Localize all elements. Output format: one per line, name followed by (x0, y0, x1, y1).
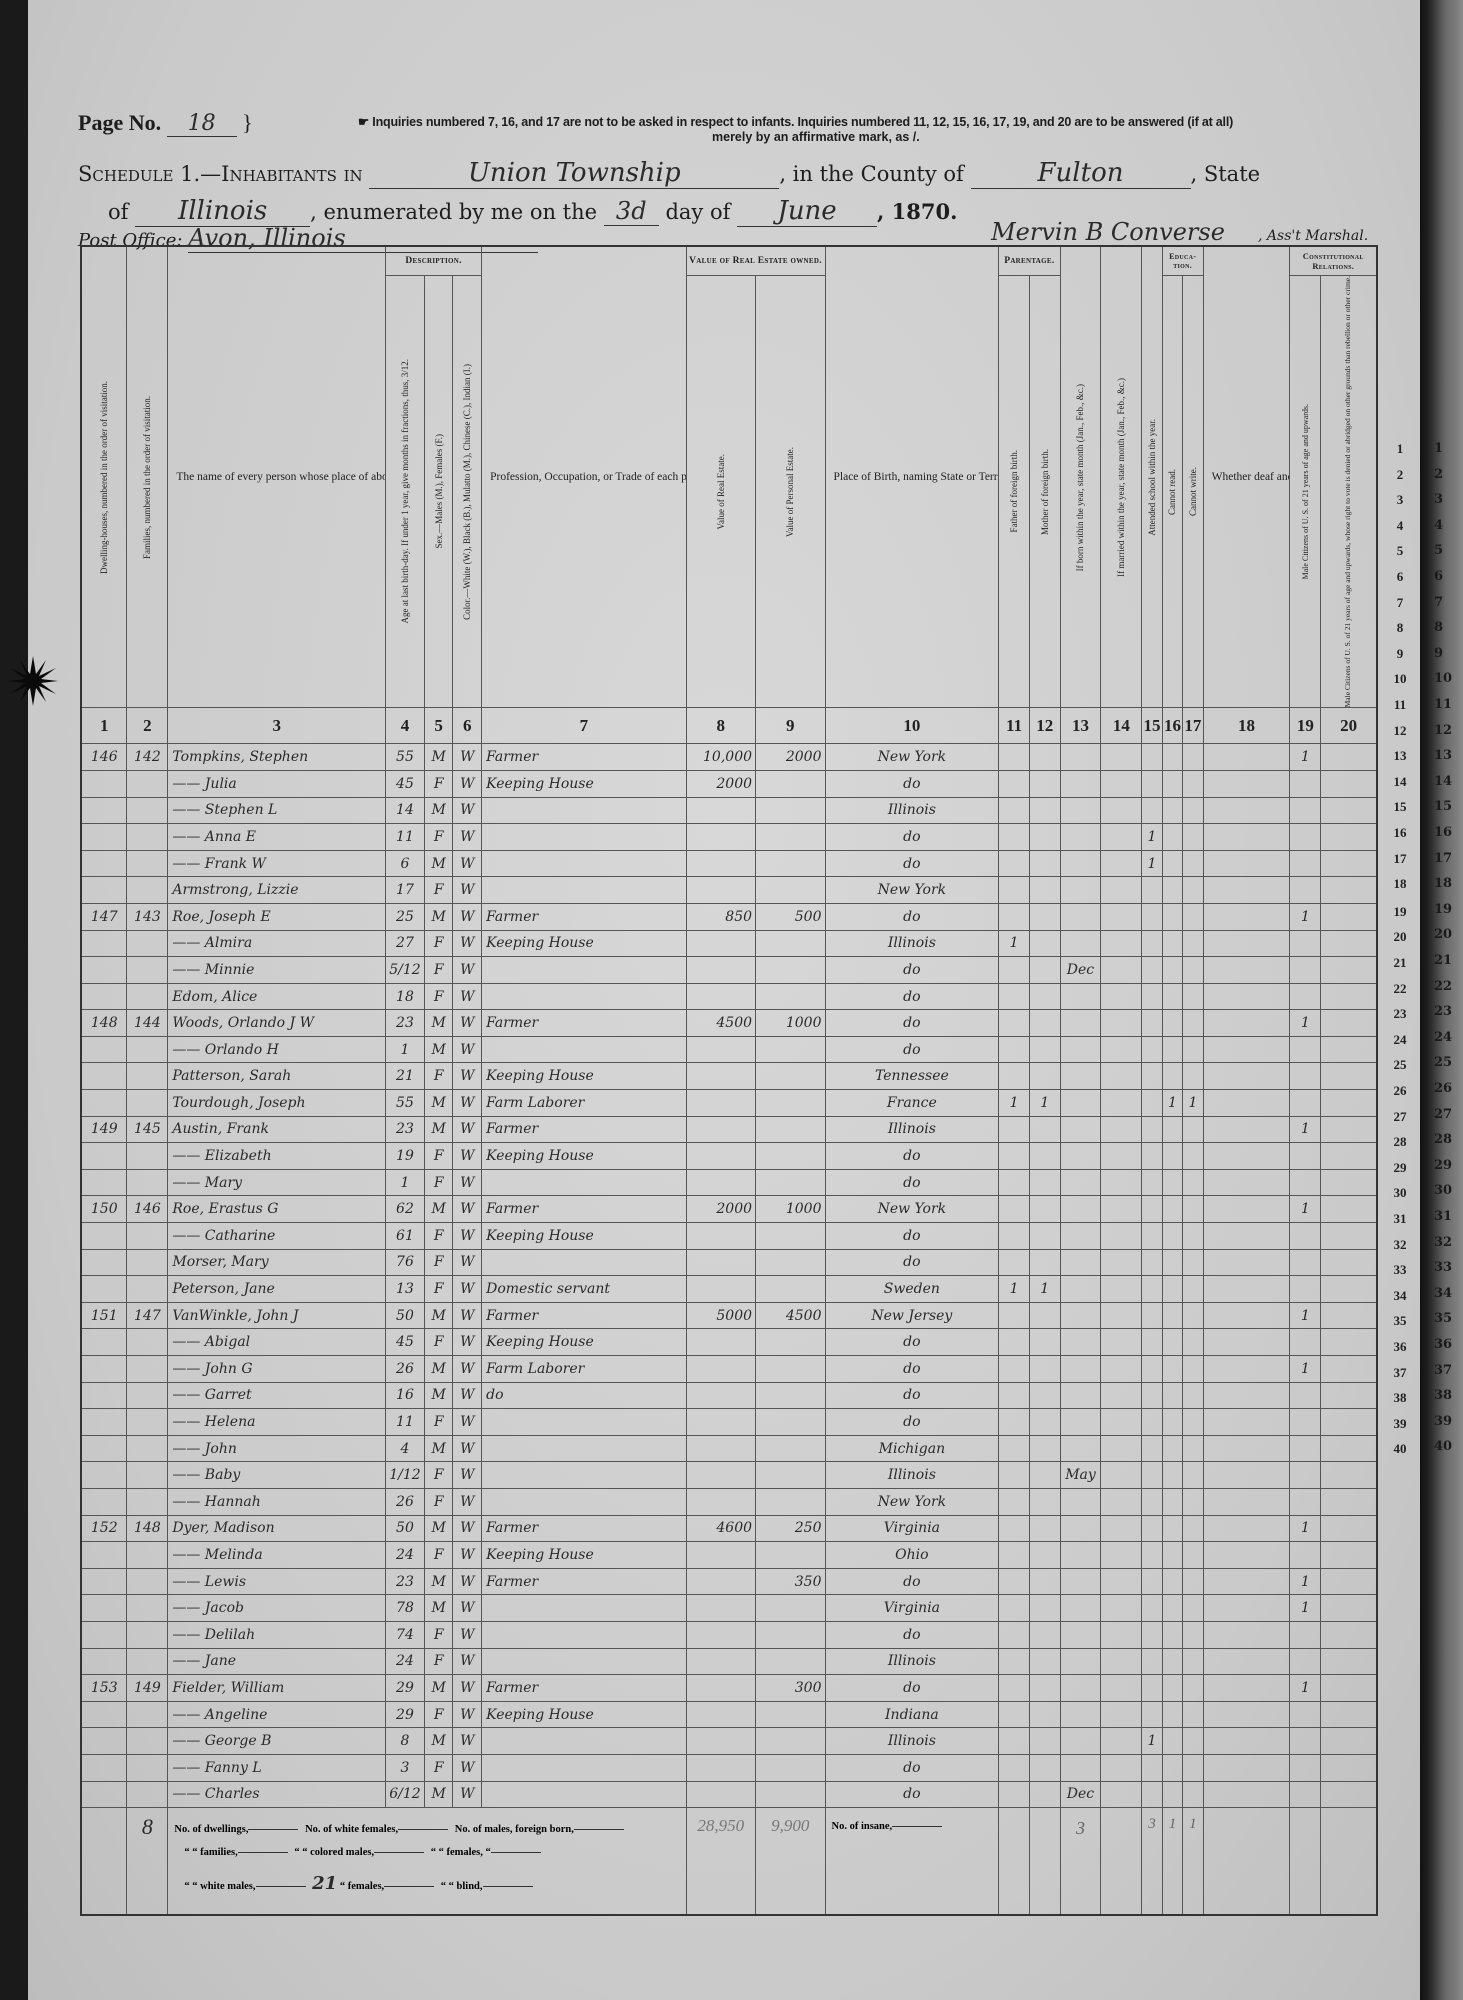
row-number: 2 (1380, 467, 1420, 483)
age: 24 (386, 1648, 425, 1675)
sex: F (424, 1063, 453, 1090)
adjacent-row-number: 16 (1434, 825, 1452, 840)
married-within-year (1101, 1063, 1142, 1090)
person-name: Tourdough, Joseph (168, 1090, 386, 1117)
sex: F (424, 1409, 453, 1436)
table-row: —— John4MWMichigan (81, 1435, 1377, 1462)
father-foreign (999, 1382, 1030, 1409)
real-estate-value (686, 1036, 755, 1063)
birthplace: do (825, 1754, 999, 1781)
cannot-write (1183, 1010, 1203, 1037)
person-name: —— John (168, 1435, 386, 1462)
col-occupation-header: Profession, Occupation, or Trade of each… (482, 246, 686, 708)
born-within-year (1060, 1701, 1101, 1728)
married-within-year (1101, 1542, 1142, 1569)
married-within-year (1101, 1196, 1142, 1223)
occupation: Keeping House (482, 1063, 686, 1090)
father-foreign (999, 1196, 1030, 1223)
column-number: 13 (1060, 708, 1101, 744)
occupation: Keeping House (482, 1223, 686, 1250)
cannot-write (1183, 1143, 1203, 1170)
color: W (453, 1302, 482, 1329)
mother-foreign: 1 (1029, 1276, 1060, 1303)
born-within-year (1060, 877, 1101, 904)
row-number: 13 (1380, 748, 1420, 764)
education-group-header: Educa-tion. (1162, 246, 1203, 276)
col-family-header: Families, numbered in the order of visit… (127, 246, 168, 708)
cannot-write (1183, 1568, 1203, 1595)
personal-estate-value (756, 1329, 825, 1356)
cannot-write (1183, 1435, 1203, 1462)
star-icon (8, 656, 58, 706)
disability (1203, 1728, 1290, 1755)
table-row: —— Jane24FWIllinois (81, 1648, 1377, 1675)
sex: F (424, 1754, 453, 1781)
sex: F (424, 1276, 453, 1303)
real-estate-value: 4500 (686, 1010, 755, 1037)
attended-school (1142, 1382, 1162, 1409)
dwelling-number (81, 1356, 127, 1383)
born-within-year (1060, 1276, 1101, 1303)
cannot-write (1183, 850, 1203, 877)
color: W (453, 1488, 482, 1515)
sex: M (424, 1435, 453, 1462)
dwelling-number (81, 1169, 127, 1196)
birthplace: do (825, 770, 999, 797)
born-within-year: Dec (1060, 1781, 1101, 1808)
disability (1203, 824, 1290, 851)
occupation (482, 1648, 686, 1675)
mother-foreign (1029, 1648, 1060, 1675)
disability (1203, 903, 1290, 930)
father-foreign (999, 1515, 1030, 1542)
family-number (127, 1063, 168, 1090)
father-foreign (999, 1356, 1030, 1383)
col-age-header: Age at last birth-day. If under 1 year, … (386, 276, 425, 708)
sex: F (424, 1701, 453, 1728)
instructions-note-2: merely by an affirmative mark, as /. (712, 130, 920, 144)
sex: F (424, 1223, 453, 1250)
real-estate-value (686, 1728, 755, 1755)
born-within-year (1060, 1356, 1101, 1383)
age: 19 (386, 1143, 425, 1170)
family-number (127, 1223, 168, 1250)
real-estate-value: 5000 (686, 1302, 755, 1329)
male-citizen: 1 (1290, 1302, 1321, 1329)
col-color-header: Color.—White (W.), Black (B.), Mulatto (… (453, 276, 482, 708)
person-name: Tompkins, Stephen (168, 744, 386, 771)
male-citizen (1290, 877, 1321, 904)
table-row: —— Angeline29FWKeeping HouseIndiana (81, 1701, 1377, 1728)
occupation: do (482, 1382, 686, 1409)
married-within-year (1101, 1143, 1142, 1170)
col-school-header: Attended school within the year. (1142, 246, 1162, 708)
person-name: Roe, Erastus G (168, 1196, 386, 1223)
age: 17 (386, 877, 425, 904)
born-within-year: May (1060, 1462, 1101, 1489)
married-within-year (1101, 957, 1142, 984)
mother-foreign (1029, 1356, 1060, 1383)
cannot-read (1162, 850, 1182, 877)
birthplace: Virginia (825, 1595, 999, 1622)
family-number (127, 1382, 168, 1409)
adjacent-row-number: 7 (1434, 595, 1443, 610)
birthplace: do (825, 1223, 999, 1250)
mother-foreign (1029, 957, 1060, 984)
column-number: 7 (482, 708, 686, 744)
sex: F (424, 1648, 453, 1675)
personal-estate-value: 300 (756, 1675, 825, 1702)
family-number (127, 1356, 168, 1383)
married-within-year (1101, 1169, 1142, 1196)
mother-foreign (1029, 1302, 1060, 1329)
born-within-year (1060, 1542, 1101, 1569)
census-table: Dwelling-houses, numbered in the order o… (80, 245, 1378, 1916)
mother-foreign (1029, 1196, 1060, 1223)
vote-denied (1321, 983, 1377, 1010)
table-row: 146142Tompkins, Stephen55MWFarmer10,0002… (81, 744, 1377, 771)
personal-estate-value (756, 1169, 825, 1196)
real-estate-value (686, 877, 755, 904)
dwelling-number (81, 1728, 127, 1755)
age: 8 (386, 1728, 425, 1755)
married-within-year (1101, 1621, 1142, 1648)
married-within-year (1101, 903, 1142, 930)
adjacent-row-number: 9 (1434, 646, 1443, 661)
person-name: —— Melinda (168, 1542, 386, 1569)
birthplace: Illinois (825, 1648, 999, 1675)
personal-estate-value (756, 877, 825, 904)
vote-denied (1321, 1754, 1377, 1781)
married-within-year (1101, 930, 1142, 957)
father-foreign (999, 1701, 1030, 1728)
mother-foreign (1029, 1409, 1060, 1436)
row-number: 35 (1380, 1313, 1420, 1329)
birthplace: do (825, 957, 999, 984)
attended-school (1142, 1010, 1162, 1037)
personal-estate-value (756, 1116, 825, 1143)
male-citizen: 1 (1290, 1595, 1321, 1622)
dwelling-number (81, 1701, 127, 1728)
married-within-year (1101, 1382, 1142, 1409)
color: W (453, 1169, 482, 1196)
cannot-read (1162, 1063, 1182, 1090)
sex: F (424, 1329, 453, 1356)
married-within-year (1101, 877, 1142, 904)
total-personal-estate: 9,900 (756, 1808, 825, 1915)
total-real-estate: 28,950 (686, 1808, 755, 1915)
mother-foreign (1029, 930, 1060, 957)
totals-families-mark: 8 (127, 1808, 168, 1915)
male-citizen: 1 (1290, 1568, 1321, 1595)
vote-denied (1321, 1648, 1377, 1675)
personal-estate-value (756, 1090, 825, 1117)
totals-row: 8 No. of dwellings, No. of white females… (81, 1808, 1377, 1915)
color: W (453, 1143, 482, 1170)
dwelling-number (81, 1595, 127, 1622)
father-foreign (999, 1648, 1030, 1675)
disability (1203, 1249, 1290, 1276)
disability (1203, 1010, 1290, 1037)
disability (1203, 850, 1290, 877)
mother-foreign (1029, 1063, 1060, 1090)
married-within-year (1101, 850, 1142, 877)
cannot-read (1162, 903, 1182, 930)
attended-school (1142, 1648, 1162, 1675)
row-number: 15 (1380, 799, 1420, 815)
birthplace: New York (825, 744, 999, 771)
dwelling-number (81, 983, 127, 1010)
attended-school (1142, 930, 1162, 957)
cannot-write (1183, 1249, 1203, 1276)
sex: F (424, 930, 453, 957)
disability (1203, 1701, 1290, 1728)
male-citizen (1290, 1169, 1321, 1196)
adjacent-page-edge: 1234567891011121314151617181920212223242… (1420, 0, 1463, 2000)
adjacent-row-number: 12 (1434, 723, 1452, 738)
cannot-write (1183, 1542, 1203, 1569)
color: W (453, 1276, 482, 1303)
disability (1203, 1329, 1290, 1356)
dwelling-number: 151 (81, 1302, 127, 1329)
attended-school (1142, 797, 1162, 824)
married-within-year (1101, 983, 1142, 1010)
born-within-year (1060, 1329, 1101, 1356)
cannot-read (1162, 744, 1182, 771)
disability (1203, 1382, 1290, 1409)
real-estate-value (686, 1754, 755, 1781)
adjacent-row-number: 36 (1434, 1337, 1452, 1352)
married-within-year (1101, 1488, 1142, 1515)
dwelling-number (81, 930, 127, 957)
birthplace: do (825, 850, 999, 877)
month-field: June (737, 196, 877, 227)
personal-estate-value (756, 1409, 825, 1436)
color: W (453, 1435, 482, 1462)
male-citizen: 1 (1290, 1356, 1321, 1383)
age: 21 (386, 1063, 425, 1090)
family-number (127, 1781, 168, 1808)
real-estate-value: 850 (686, 903, 755, 930)
person-name: —— Baby (168, 1462, 386, 1489)
vote-denied (1321, 1276, 1377, 1303)
age: 27 (386, 930, 425, 957)
occupation (482, 1781, 686, 1808)
occupation: Farmer (482, 1515, 686, 1542)
dwelling-number (81, 1542, 127, 1569)
father-foreign (999, 1116, 1030, 1143)
col-name-header: The name of every person whose place of … (168, 246, 386, 708)
occupation: Farmer (482, 903, 686, 930)
row-number: 1 (1380, 441, 1420, 457)
cannot-write (1183, 1781, 1203, 1808)
family-number (127, 1169, 168, 1196)
attended-school (1142, 983, 1162, 1010)
mother-foreign (1029, 1010, 1060, 1037)
cannot-read (1162, 1568, 1182, 1595)
father-foreign (999, 1542, 1030, 1569)
attended-school (1142, 1143, 1162, 1170)
cannot-read (1162, 1196, 1182, 1223)
color: W (453, 1063, 482, 1090)
father-foreign (999, 824, 1030, 851)
personal-estate-value: 1000 (756, 1196, 825, 1223)
age: 55 (386, 1090, 425, 1117)
age: 23 (386, 1568, 425, 1595)
table-row: —— Anna E11FWdo1 (81, 824, 1377, 851)
disability (1203, 1568, 1290, 1595)
person-name: —— Julia (168, 770, 386, 797)
vote-denied (1321, 1488, 1377, 1515)
cannot-write (1183, 1116, 1203, 1143)
age: 23 (386, 1116, 425, 1143)
cannot-read (1162, 1249, 1182, 1276)
father-foreign (999, 1568, 1030, 1595)
occupation (482, 877, 686, 904)
personal-estate-value: 1000 (756, 1010, 825, 1037)
born-within-year (1060, 1409, 1101, 1436)
row-number: 36 (1380, 1339, 1420, 1355)
father-foreign (999, 1063, 1030, 1090)
schedule-line: Schedule 1.—Inhabitants in Union Townshi… (78, 158, 1260, 189)
married-within-year (1101, 1568, 1142, 1595)
father-foreign (999, 983, 1030, 1010)
birthplace: Sweden (825, 1276, 999, 1303)
attended-school (1142, 903, 1162, 930)
dwelling-number (81, 1409, 127, 1436)
adjacent-row-number: 11 (1434, 697, 1452, 712)
personal-estate-value (756, 1063, 825, 1090)
born-within-year (1060, 1090, 1101, 1117)
occupation: Farmer (482, 1116, 686, 1143)
born-within-year (1060, 1754, 1101, 1781)
disability (1203, 1648, 1290, 1675)
male-citizen (1290, 1435, 1321, 1462)
row-number: 3 (1380, 492, 1420, 508)
attended-school (1142, 1754, 1162, 1781)
age: 74 (386, 1621, 425, 1648)
mother-foreign (1029, 1462, 1060, 1489)
color: W (453, 850, 482, 877)
real-estate-value (686, 1143, 755, 1170)
mother-foreign (1029, 1675, 1060, 1702)
real-estate-value (686, 1462, 755, 1489)
color: W (453, 1542, 482, 1569)
cannot-read (1162, 1595, 1182, 1622)
birthplace: do (825, 1781, 999, 1808)
col-vote-denied-header: Male Citizens of U. S. of 21 years of ag… (1321, 276, 1377, 708)
vote-denied (1321, 1542, 1377, 1569)
table-row: —— Fanny L3FWdo (81, 1754, 1377, 1781)
birthplace: New York (825, 1196, 999, 1223)
column-number: 14 (1101, 708, 1142, 744)
row-number: 22 (1380, 981, 1420, 997)
person-name: —— Garret (168, 1382, 386, 1409)
occupation (482, 1435, 686, 1462)
table-row: Peterson, Jane13FWDomestic servantSweden… (81, 1276, 1377, 1303)
person-name: VanWinkle, John J (168, 1302, 386, 1329)
table-row: Patterson, Sarah21FWKeeping HouseTenness… (81, 1063, 1377, 1090)
vote-denied (1321, 1329, 1377, 1356)
father-foreign (999, 1488, 1030, 1515)
disability (1203, 1196, 1290, 1223)
attended-school (1142, 1063, 1162, 1090)
row-number: 8 (1380, 620, 1420, 636)
vote-denied (1321, 877, 1377, 904)
cannot-write: 1 (1183, 1090, 1203, 1117)
vote-denied (1321, 1302, 1377, 1329)
real-estate-value (686, 1648, 755, 1675)
adjacent-row-number: 31 (1434, 1209, 1452, 1224)
vote-denied (1321, 824, 1377, 851)
col-sex-header: Sex.—Males (M.), Females (F.) (424, 276, 453, 708)
attended-school: 1 (1142, 824, 1162, 851)
table-row: —— Lewis23MWFarmer350do1 (81, 1568, 1377, 1595)
personal-estate-value (756, 1781, 825, 1808)
person-name: Dyer, Madison (168, 1515, 386, 1542)
real-estate-value (686, 1781, 755, 1808)
person-name: —— Elizabeth (168, 1143, 386, 1170)
real-estate-value (686, 1382, 755, 1409)
age: 16 (386, 1382, 425, 1409)
cannot-read (1162, 1329, 1182, 1356)
male-citizen: 1 (1290, 1196, 1321, 1223)
age: 1/12 (386, 1462, 425, 1489)
column-number: 15 (1142, 708, 1162, 744)
born-within-year (1060, 1116, 1101, 1143)
male-citizen (1290, 983, 1321, 1010)
male-citizen (1290, 1063, 1321, 1090)
family-number (127, 1276, 168, 1303)
cannot-read (1162, 1169, 1182, 1196)
row-number: 27 (1380, 1109, 1420, 1125)
color: W (453, 1010, 482, 1037)
census-page: Page No. 18 } ☛ Inquiries numbered 7, 16… (28, 0, 1420, 2000)
real-estate-value (686, 1675, 755, 1702)
row-number: 29 (1380, 1160, 1420, 1176)
table-row: 149145Austin, Frank23MWFarmerIllinois1 (81, 1116, 1377, 1143)
family-number: 148 (127, 1515, 168, 1542)
real-estate-value (686, 1542, 755, 1569)
table-row: —— Delilah74FWdo (81, 1621, 1377, 1648)
adjacent-row-number: 30 (1434, 1183, 1452, 1198)
disability (1203, 1515, 1290, 1542)
birthplace: do (825, 1329, 999, 1356)
sex: F (424, 1621, 453, 1648)
family-number (127, 957, 168, 984)
family-number (127, 1568, 168, 1595)
personal-estate-value: 4500 (756, 1302, 825, 1329)
family-number (127, 1409, 168, 1436)
family-number (127, 1542, 168, 1569)
real-estate-value (686, 957, 755, 984)
born-within-year (1060, 744, 1101, 771)
color: W (453, 744, 482, 771)
sex: F (424, 957, 453, 984)
mother-foreign (1029, 1621, 1060, 1648)
mother-foreign (1029, 744, 1060, 771)
cannot-read (1162, 1409, 1182, 1436)
cannot-write (1183, 983, 1203, 1010)
father-foreign (999, 1169, 1030, 1196)
color: W (453, 1196, 482, 1223)
born-within-year (1060, 797, 1101, 824)
adjacent-row-number: 34 (1434, 1286, 1452, 1301)
personal-estate-value (756, 770, 825, 797)
color: W (453, 1249, 482, 1276)
born-within-year (1060, 1488, 1101, 1515)
person-name: Roe, Joseph E (168, 903, 386, 930)
